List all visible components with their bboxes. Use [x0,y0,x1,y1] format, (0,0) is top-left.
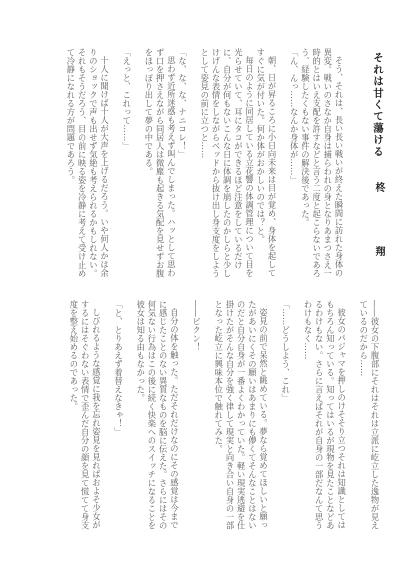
dialogue-line: 「ん、んっ……なんか身体が……」 [288,48,299,280]
paragraph-spacer [269,300,280,532]
narration-paragraph: 自分の体を触った。ただそれだけなのにその感覚は今までに感じたことのない異質なもの… [135,300,180,532]
paragraph-spacer [188,48,199,280]
paragraph-spacer [277,48,288,280]
paragraph-spacer [291,300,302,532]
dialogue-line: 「えっと、これって……」 [121,48,132,280]
dialogue-line: 「と、とりあえず着替えなきゃ！」 [112,300,123,532]
narration-paragraph: 姿見の前で呆然と眺めている。夢なら覚めてほしいと願ったがあいにくその願いはあまり… [213,300,269,532]
narration-paragraph: ――彼女の下腹部にそれはそれは立派に屹立した逸物が見えているのだから…… [358,300,380,532]
paragraph-spacer [179,300,190,532]
paragraph-spacer [202,300,213,532]
paragraph-spacer [124,300,135,532]
bottom-text-band: ――彼女の下腹部にそれはそれは立派に屹立した逸物が見えているのだから……彼女のパ… [44,300,380,532]
paragraph-spacer [132,48,143,280]
narration-paragraph: ――ビクン！ [190,300,201,532]
top-band-paragraphs: そう、それは、長い長い戦いが終えた瞬間に訪れた身体の異変。戦いのさなか自身は捕ら… [65,48,344,280]
narration-paragraph: 朝、日が昇るころに小日向未来は目が覚め、身体を起してすぐに気が付いた。何か体がお… [255,48,277,280]
dialogue-line: 「……どうしよう、これ」 [280,300,291,532]
narration-paragraph: しびれるような感覚に我を忘れ姿見を見ればおよそ少女がするにはそぐわない表情で歪ん… [68,300,102,532]
paragraph-spacer [110,48,121,280]
narration-paragraph: 十人に聞けば十人が大声を上げるだろう。いや何人かは余りのショックで声も出せず気絶… [65,48,110,280]
dialogue-line: 「な、な、な、ナニコレ！」 [176,48,187,280]
narration-paragraph: 思わず近所迷惑も考えず叫んでしまった。ハッとして思わず口を押さえながら同居人は微… [143,48,177,280]
paragraph-spacer [101,300,112,532]
bottom-band-paragraphs: ――彼女の下腹部にそれはそれは立派に屹立した逸物が見えているのだから……彼女のパ… [68,300,380,532]
paragraph-spacer [347,300,358,532]
narration-paragraph: そう、それは、長い長い戦いが終えた瞬間に訪れた身体の異変。戦いのさなか自身は捕ら… [299,48,344,280]
narration-paragraph: 毎日のように同居している立花響の体調管理について目を光らせていて、耳にタコができ… [199,48,255,280]
top-text-band: そう、それは、長い長い戦いが終えた瞬間に訪れた身体の異変。戦いのさなか自身は捕ら… [44,48,380,280]
narration-paragraph: 彼女のパジャマを押しのけそそり立つそれは知識としてはもちろん知っている。知っては… [302,300,347,532]
